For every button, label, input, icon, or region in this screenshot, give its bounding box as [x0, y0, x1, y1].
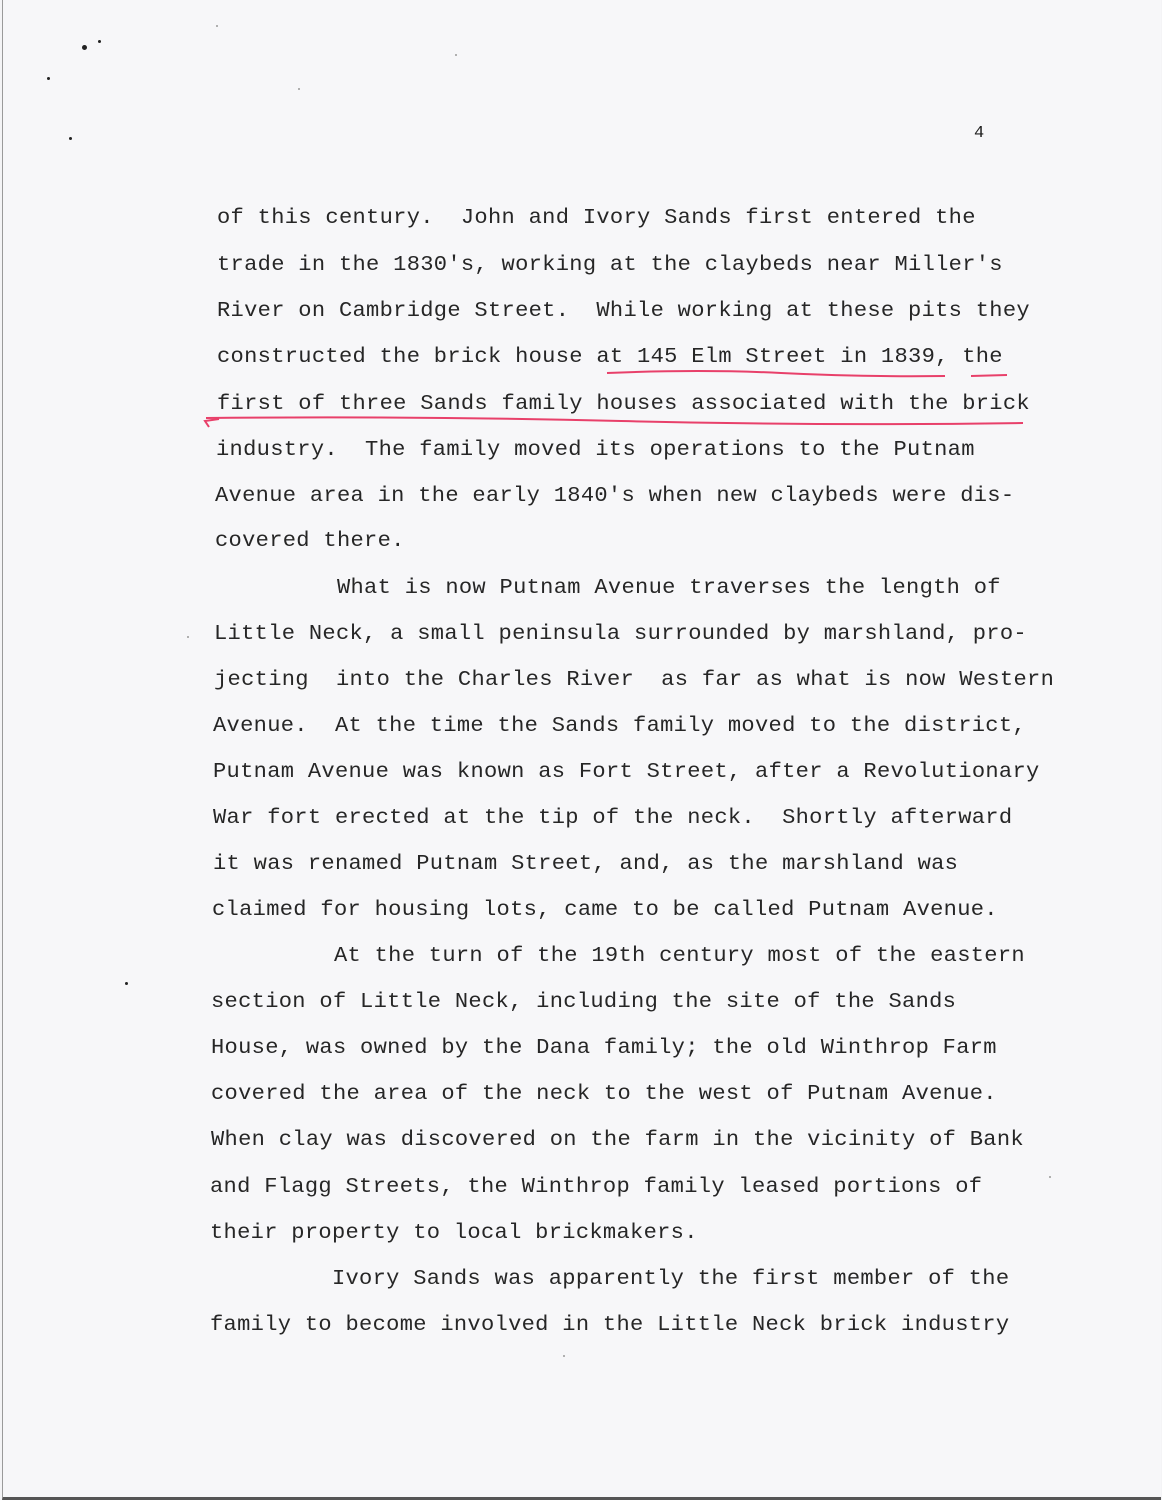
- text-line: Ivory Sands was apparently the first mem…: [210, 1267, 1009, 1291]
- text-line: their property to local brickmakers.: [210, 1221, 698, 1245]
- scan-speck: [125, 982, 128, 985]
- text-line: What is now Putnam Avenue traverses the …: [215, 576, 1001, 600]
- text-line: covered the area of the neck to the west…: [211, 1082, 997, 1106]
- scan-speck: [82, 45, 87, 50]
- document-page: 4 of this century. John and Ivory Sands …: [2, 0, 1161, 1500]
- text-line: constructed the brick house at 145 Elm S…: [217, 345, 1003, 369]
- text-line: covered there.: [215, 529, 405, 553]
- text-line: War fort erected at the tip of the neck.…: [213, 806, 1012, 830]
- text-line: industry. The family moved its operation…: [216, 438, 975, 462]
- scan-speck: [187, 636, 189, 638]
- text-line: of this century. John and Ivory Sands fi…: [217, 206, 976, 230]
- text-line: first of three Sands family houses assoc…: [217, 392, 1030, 416]
- scan-speck: [216, 25, 218, 27]
- text-line: Avenue. At the time the Sands family mov…: [213, 714, 1026, 738]
- scan-speck: [98, 40, 101, 43]
- text-line: Avenue area in the early 1840's when new…: [215, 484, 1014, 508]
- text-line: River on Cambridge Street. While working…: [217, 299, 1030, 323]
- text-line: section of Little Neck, including the si…: [211, 990, 956, 1014]
- text-line: At the turn of the 19th century most of …: [212, 944, 1025, 968]
- text-line: family to become involved in the Little …: [210, 1313, 1009, 1337]
- text-line: Little Neck, a small peninsula surrounde…: [214, 622, 1027, 646]
- text-line: jecting into the Charles River as far as…: [214, 668, 1054, 692]
- text-line: it was renamed Putnam Street, and, as th…: [213, 852, 958, 876]
- scan-speck: [298, 88, 300, 90]
- text-line: House, was owned by the Dana family; the…: [211, 1036, 997, 1060]
- text-line: claimed for housing lots, came to be cal…: [212, 898, 998, 922]
- text-line: and Flagg Streets, the Winthrop family l…: [210, 1175, 982, 1199]
- text-line: Putnam Avenue was known as Fort Street, …: [213, 760, 1040, 784]
- scan-speck: [47, 77, 50, 80]
- page-number: 4: [974, 124, 984, 143]
- scan-speck: [455, 54, 457, 56]
- scan-speck: [69, 137, 72, 140]
- scan-speck: [1049, 1176, 1051, 1178]
- scan-speck: [563, 1355, 565, 1357]
- text-line: When clay was discovered on the farm in …: [211, 1128, 1024, 1152]
- text-line: trade in the 1830's, working at the clay…: [217, 253, 1003, 277]
